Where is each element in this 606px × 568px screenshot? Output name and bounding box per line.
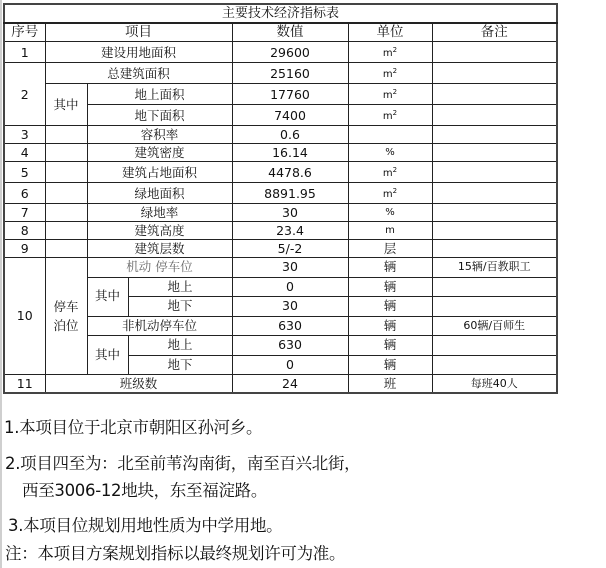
row-remark [432, 63, 557, 84]
row-item: 地上 [128, 336, 232, 356]
row-blank [45, 162, 87, 183]
row-unit: m2 [348, 183, 432, 204]
row-index: 1 [4, 42, 45, 63]
table-row: 9 建筑层数 5/-2 层 [4, 240, 598, 258]
row-unit: 辆 [348, 355, 432, 375]
left-edge-divider [0, 0, 2, 568]
row-index: 9 [4, 240, 45, 258]
table-row: 8 建筑高度 23.4 m [4, 222, 598, 240]
row-item: 地上面积 [87, 84, 232, 105]
row-item: 建筑层数 [87, 240, 232, 258]
row-unit: 辆 [348, 336, 432, 356]
row-unit: m2 [348, 105, 432, 126]
row-blank [45, 204, 87, 222]
table-row: 地下面积 7400 m2 [4, 105, 598, 126]
row-item: 总建筑面积 [45, 63, 232, 84]
row-index: 4 [4, 144, 45, 162]
note-disclaimer: 注：本项目方案规划指标以最终规划许可为准。 [5, 540, 345, 564]
row-item: 地上 [128, 277, 232, 297]
row-value: 30 [232, 204, 348, 222]
row-unit: 辆 [348, 258, 432, 278]
row-item: 建筑占地面积 [87, 162, 232, 183]
row-item: 地下面积 [87, 105, 232, 126]
row-blank [45, 144, 87, 162]
row-value: 0.6 [232, 126, 348, 144]
table-row: 4 建筑密度 16.14 % [4, 144, 598, 162]
row-item: 绿地面积 [87, 183, 232, 204]
row-value: 23.4 [232, 222, 348, 240]
note-1: 1.本项目位于北京市朝阳区孙河乡。 [4, 414, 262, 438]
table-row: 1 建设用地面积 29600 m2 [4, 42, 598, 63]
row-item: 建筑密度 [87, 144, 232, 162]
row-group-label: 其中 [45, 84, 87, 126]
row-index: 6 [4, 183, 45, 204]
row-remark [432, 84, 557, 105]
table-row: 2 总建筑面积 25160 m2 [4, 63, 598, 84]
row-blank [45, 126, 87, 144]
table-row: 5 建筑占地面积 4478.6 m2 [4, 162, 598, 183]
row-blank [45, 240, 87, 258]
row-unit: 班 [348, 375, 432, 394]
row-index: 11 [4, 375, 45, 394]
row-item: 地下 [128, 297, 232, 317]
row-value: 17760 [232, 84, 348, 105]
row-unit: 辆 [348, 297, 432, 317]
row-value: 630 [232, 336, 348, 356]
table-row: 10 停车泊位 机动 停车位 30 辆 15辆/百教职工 [4, 258, 598, 278]
row-item: 建设用地面积 [45, 42, 232, 63]
row-unit [348, 126, 432, 144]
note-2-line-2: 西至3006-12地块，东至福淀路。 [22, 477, 267, 501]
header-value: 数值 [232, 23, 348, 42]
row-remark [432, 355, 557, 375]
row-remark [432, 222, 557, 240]
row-blank [45, 222, 87, 240]
row-item: 班级数 [45, 375, 232, 394]
row-value: 16.14 [232, 144, 348, 162]
row-unit: m2 [348, 84, 432, 105]
row-remark [432, 42, 557, 63]
row-remark [432, 297, 557, 317]
row-remark: 15辆/百教职工 [432, 258, 557, 278]
row-index: 7 [4, 204, 45, 222]
row-unit: % [348, 204, 432, 222]
row-remark [432, 162, 557, 183]
technical-economic-indicators-table: 主要技术经济指标表 序号 项目 数值 单位 备注 1 建设用地面积 29600 … [3, 3, 599, 394]
row-value: 7400 [232, 105, 348, 126]
table-row: 其中 地上 630 辆 [4, 336, 598, 356]
table-row: 非机动停车位 630 辆 60辆/百师生 [4, 316, 598, 336]
row-value: 30 [232, 297, 348, 317]
row-value: 24 [232, 375, 348, 394]
row-group-label-parking: 停车泊位 [45, 258, 87, 375]
row-value: 30 [232, 258, 348, 278]
row-unit: m [348, 222, 432, 240]
row-remark [432, 105, 557, 126]
row-sub-group-label: 其中 [87, 336, 128, 375]
row-unit: 层 [348, 240, 432, 258]
header-index: 序号 [4, 23, 45, 42]
row-index: 3 [4, 126, 45, 144]
row-item: 地下 [128, 355, 232, 375]
row-unit: 辆 [348, 277, 432, 297]
note-2-line-1: 2.项目四至为：北至前苇沟南街，南至百兴北街， [5, 450, 360, 474]
row-item: 容积率 [87, 126, 232, 144]
row-item: 机动 停车位 [87, 258, 232, 278]
row-value: 8891.95 [232, 183, 348, 204]
row-remark: 60辆/百师生 [432, 316, 557, 336]
row-value: 0 [232, 355, 348, 375]
row-item: 非机动停车位 [87, 316, 232, 336]
row-remark: 每班40人 [432, 375, 557, 394]
row-index: 2 [4, 63, 45, 126]
note-3: 3.本项目位规划用地性质为中学用地。 [8, 512, 282, 536]
row-value: 25160 [232, 63, 348, 84]
table-row: 7 绿地率 30 % [4, 204, 598, 222]
row-unit: m2 [348, 162, 432, 183]
row-item: 建筑高度 [87, 222, 232, 240]
row-value: 4478.6 [232, 162, 348, 183]
header-remark: 备注 [432, 23, 557, 42]
table-title: 主要技术经济指标表 [4, 4, 557, 23]
row-index: 10 [4, 258, 45, 375]
row-unit: m2 [348, 63, 432, 84]
row-value: 29600 [232, 42, 348, 63]
table-row: 其中 地上 0 辆 [4, 277, 598, 297]
row-unit: % [348, 144, 432, 162]
row-value: 0 [232, 277, 348, 297]
header-item: 项目 [45, 23, 232, 42]
row-remark [432, 144, 557, 162]
table-row: 其中 地上面积 17760 m2 [4, 84, 598, 105]
row-remark [432, 336, 557, 356]
row-index: 8 [4, 222, 45, 240]
row-remark [432, 126, 557, 144]
row-unit: 辆 [348, 316, 432, 336]
row-index: 5 [4, 162, 45, 183]
row-remark [432, 204, 557, 222]
row-value: 5/-2 [232, 240, 348, 258]
table-row: 6 绿地面积 8891.95 m2 [4, 183, 598, 204]
row-value: 630 [232, 316, 348, 336]
row-remark [432, 240, 557, 258]
row-sub-group-label: 其中 [87, 277, 128, 316]
parking-group-label: 停车泊位 [52, 297, 80, 335]
row-unit: m2 [348, 42, 432, 63]
table-row: 3 容积率 0.6 [4, 126, 598, 144]
row-item: 绿地率 [87, 204, 232, 222]
row-blank [45, 183, 87, 204]
row-remark [432, 183, 557, 204]
table-row: 11 班级数 24 班 每班40人 [4, 375, 598, 394]
row-remark [432, 277, 557, 297]
header-unit: 单位 [348, 23, 432, 42]
